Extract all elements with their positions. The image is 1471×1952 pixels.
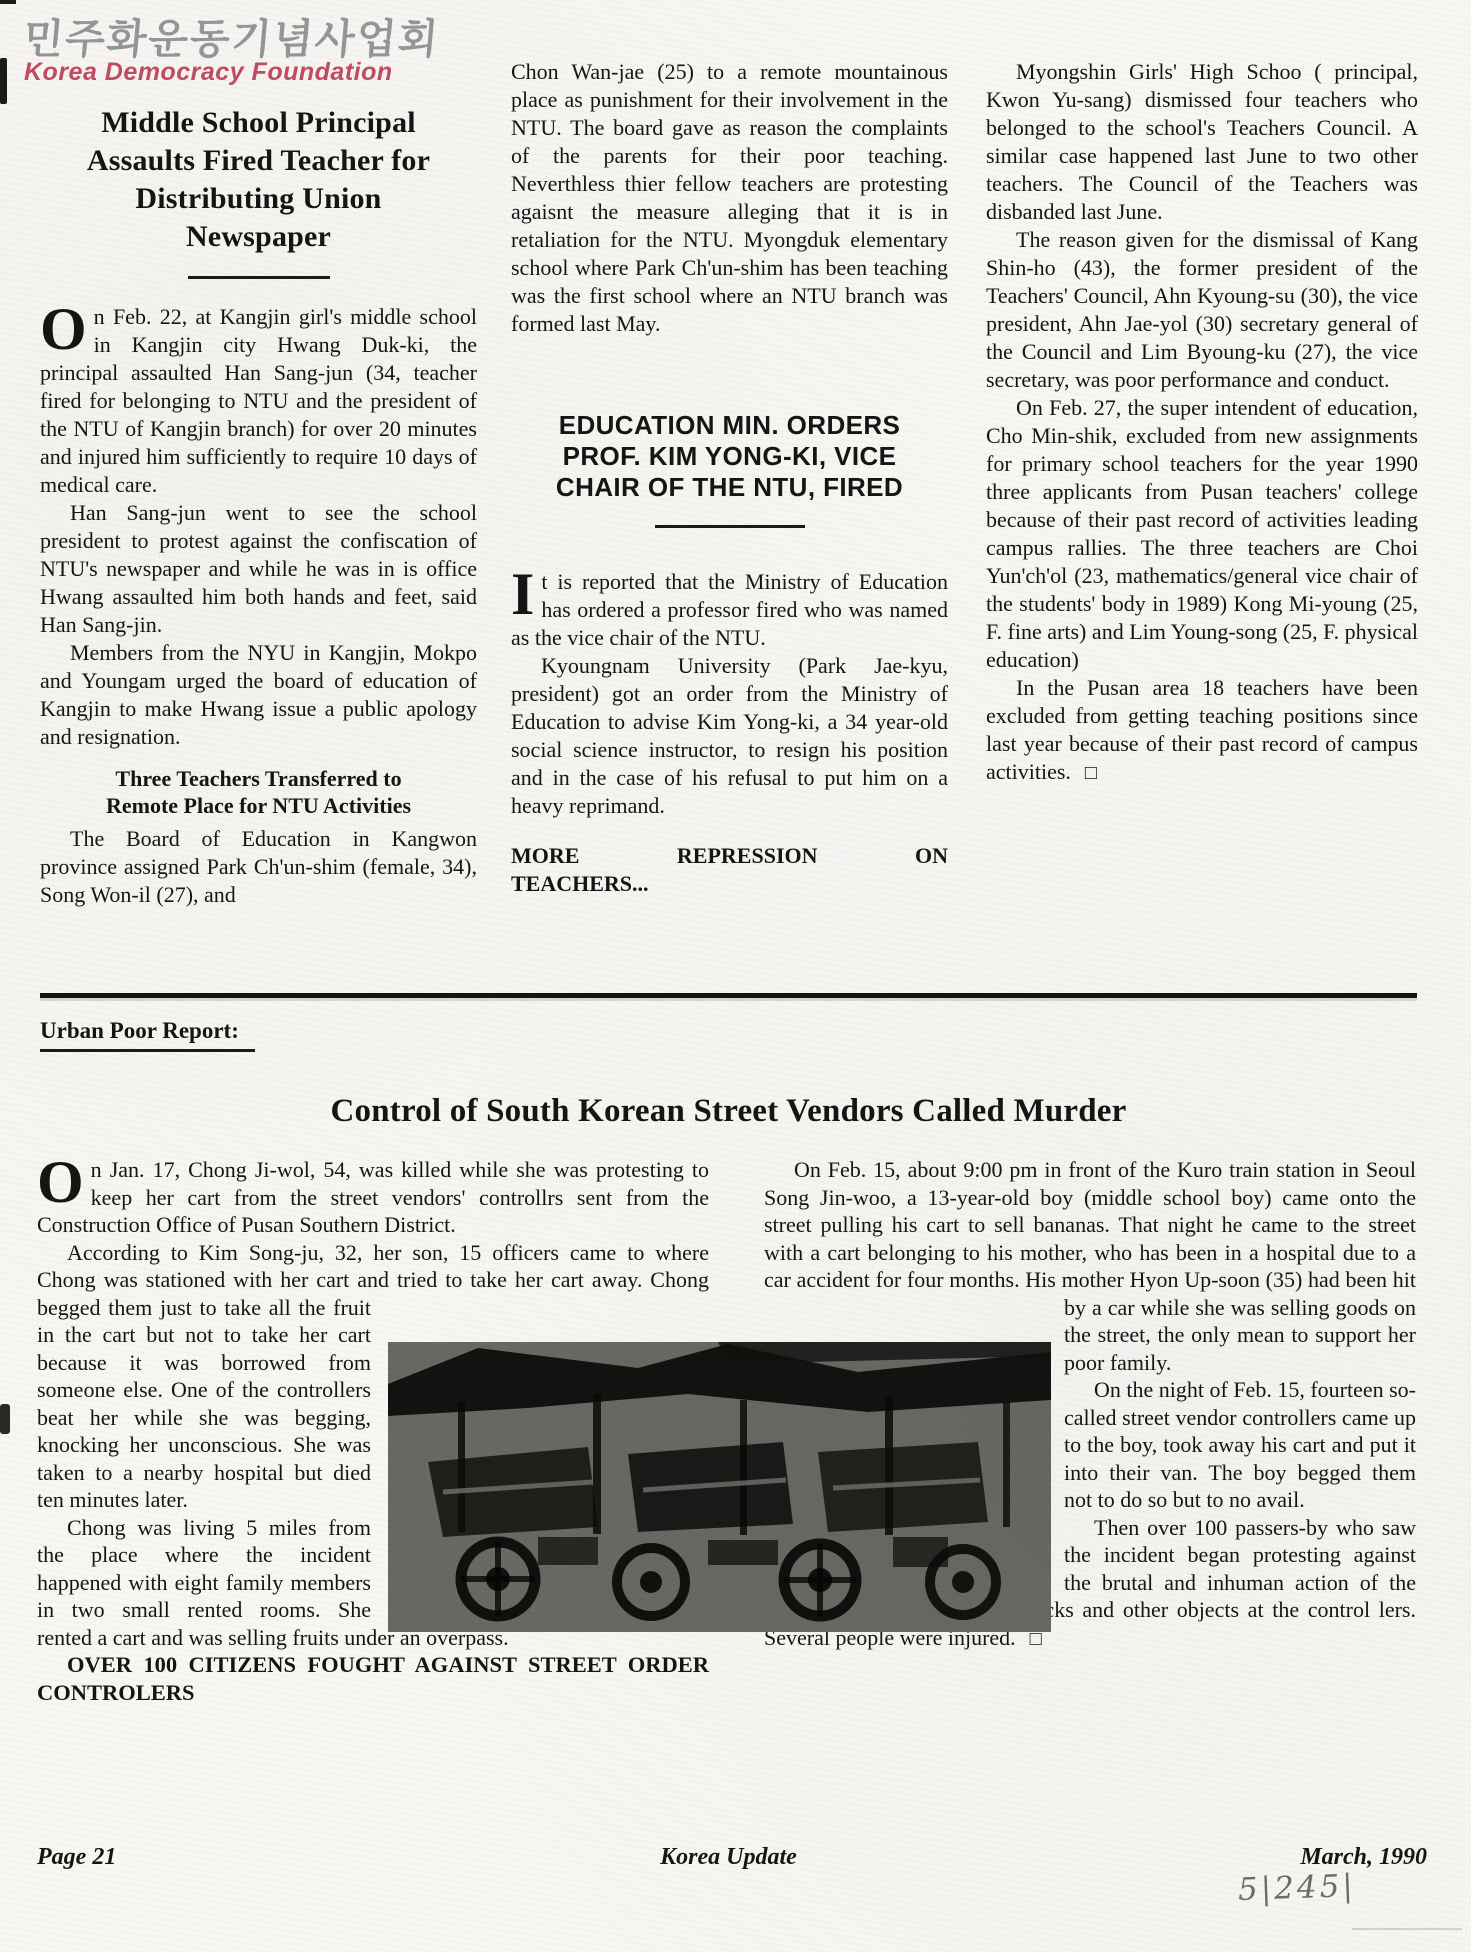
article-column-2: Chon Wan-jae (25) to a remote mountainou… [511, 58, 948, 898]
headline-line: EDUCATION MIN. ORDERS [511, 410, 948, 441]
paragraph: Chon Wan-jae (25) to a remote mountainou… [511, 58, 948, 338]
article-teachers-dismissed: Myongshin Girls' High Schoo ( principal,… [986, 58, 1418, 787]
korea-democracy-foundation-korean-logo: 민주화운동기념사업회 [21, 6, 442, 65]
scan-artifact [0, 1404, 10, 1434]
kicker-text: Urban Poor Report: [40, 1018, 255, 1052]
headline-line: Newspaper [40, 218, 477, 256]
publication-title: Korea Update [40, 1844, 1417, 1871]
paragraph-text: n Jan. 17, Chong Ji-wol, 54, was killed … [37, 1157, 709, 1237]
section-divider-rule [40, 993, 1417, 998]
drop-cap: O [37, 1156, 91, 1206]
headline-line: PROF. KIM YONG-KI, VICE [511, 441, 948, 472]
street-vendors-headline: Control of South Korean Street Vendors C… [40, 1093, 1417, 1130]
handwritten-archive-number: 5|245| [1237, 1868, 1356, 1908]
subhead-line: Three Teachers Transferred to [40, 765, 477, 792]
drop-cap: I [511, 568, 541, 618]
issue-date: March, 1990 [1300, 1844, 1427, 1871]
headline-line: Distributing Union [40, 180, 477, 218]
paragraph-text: n Feb. 22, at Kangjin girl's middle scho… [40, 304, 477, 497]
teaser-line: TEACHERS... [511, 871, 649, 896]
headline-line: Middle School Principal [40, 104, 477, 142]
article1-subhead: Three Teachers Transferred to Remote Pla… [40, 765, 477, 819]
paragraph: It is reported that the Ministry of Educ… [511, 568, 948, 652]
end-of-article-mark: □ [1085, 762, 1097, 784]
korea-democracy-foundation-english-logo: Korea Democracy Foundation [24, 58, 393, 87]
paragraph: On Feb. 22, at Kangjin girl's middle sch… [40, 303, 477, 499]
newsletter-scanned-page: 민주화운동기념사업회 Korea Democracy Foundation Mi… [0, 0, 1471, 1952]
paragraph: Han Sang-jun went to see the school pres… [40, 499, 477, 639]
subhead-line: Remote Place for NTU Activities [40, 792, 477, 819]
paragraph-text: In the Pusan area 18 teachers have been … [986, 675, 1418, 784]
paragraph-text: t is reported that the Ministry of Educa… [511, 569, 948, 650]
teaser-line: MORE REPRESSION ON [511, 842, 948, 870]
headline-line: CHAIR OF THE NTU, FIRED [511, 472, 948, 503]
drop-cap: O [40, 303, 94, 353]
headline-line: Assaults Fired Teacher for [40, 142, 477, 180]
paragraph: In the Pusan area 18 teachers have been … [986, 674, 1418, 787]
paragraph: On Feb. 27, the super intendent of educa… [986, 394, 1418, 674]
street-vendor-carts-photo [388, 1342, 1051, 1632]
scan-artifact [0, 0, 16, 4]
paragraph: The reason given for the dismissal of Ka… [986, 226, 1418, 394]
paragraph: On Jan. 17, Chong Ji-wol, 54, was killed… [37, 1156, 709, 1239]
scan-artifact [1352, 1928, 1462, 1930]
paragraph: Members from the NYU in Kangjin, Mokpo a… [40, 639, 477, 751]
article1-headline: Middle School Principal Assaults Fired T… [40, 104, 477, 256]
paragraph: Myongshin Girls' High Schoo ( principal,… [986, 58, 1418, 226]
scan-artifact [0, 58, 7, 104]
article2-headline: EDUCATION MIN. ORDERS PROF. KIM YONG-KI,… [511, 410, 948, 503]
more-repression-teaser: MORE REPRESSION ON TEACHERS... [511, 842, 948, 898]
urban-poor-report-kicker: Urban Poor Report: [40, 1018, 255, 1052]
paragraph: The Board of Education in Kangwon provin… [40, 825, 477, 909]
over-100-citizens-subhead: OVER 100 CITIZENS FOUGHT AGAINST STREET … [37, 1651, 709, 1706]
paragraph: Kyoungnam University (Park Jae-kyu, pres… [511, 652, 948, 820]
article-principal-assault: Middle School Principal Assaults Fired T… [40, 84, 477, 909]
headline-rule [188, 276, 330, 279]
